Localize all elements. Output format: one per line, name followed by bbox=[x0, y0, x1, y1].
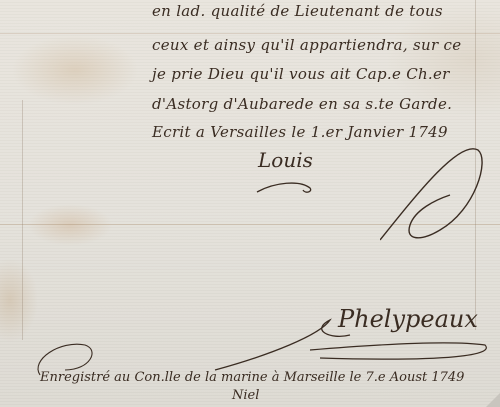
countersignature-flourish-icon bbox=[210, 300, 500, 380]
date-line: Ecrit a Versailles le 1.er Janvier 1749 bbox=[152, 123, 448, 141]
text-line-4: d'Astorg d'Aubarede en sa s.te Garde. bbox=[152, 95, 452, 113]
royal-signature: Louis bbox=[258, 148, 313, 172]
document-page: en lad. qualité de Lieutenant de tous ce… bbox=[0, 0, 500, 407]
text-line-3: je prie Dieu qu'il vous ait Cap.e Ch.er bbox=[152, 65, 450, 83]
fold-line-top bbox=[0, 33, 500, 34]
registration-note: Enregistré au Con.lle de la marine à Mar… bbox=[40, 370, 464, 385]
signature-flourish-icon bbox=[255, 178, 315, 198]
margin-rule-left bbox=[22, 100, 23, 340]
text-line-2: ceux et ainsy qu'il appartiendra, sur ce bbox=[152, 36, 461, 54]
text-line-1: en lad. qualité de Lieutenant de tous bbox=[152, 2, 443, 20]
paraph-loop-icon bbox=[380, 140, 490, 300]
registration-signature: Niel bbox=[232, 388, 259, 403]
torn-corner bbox=[486, 393, 500, 407]
